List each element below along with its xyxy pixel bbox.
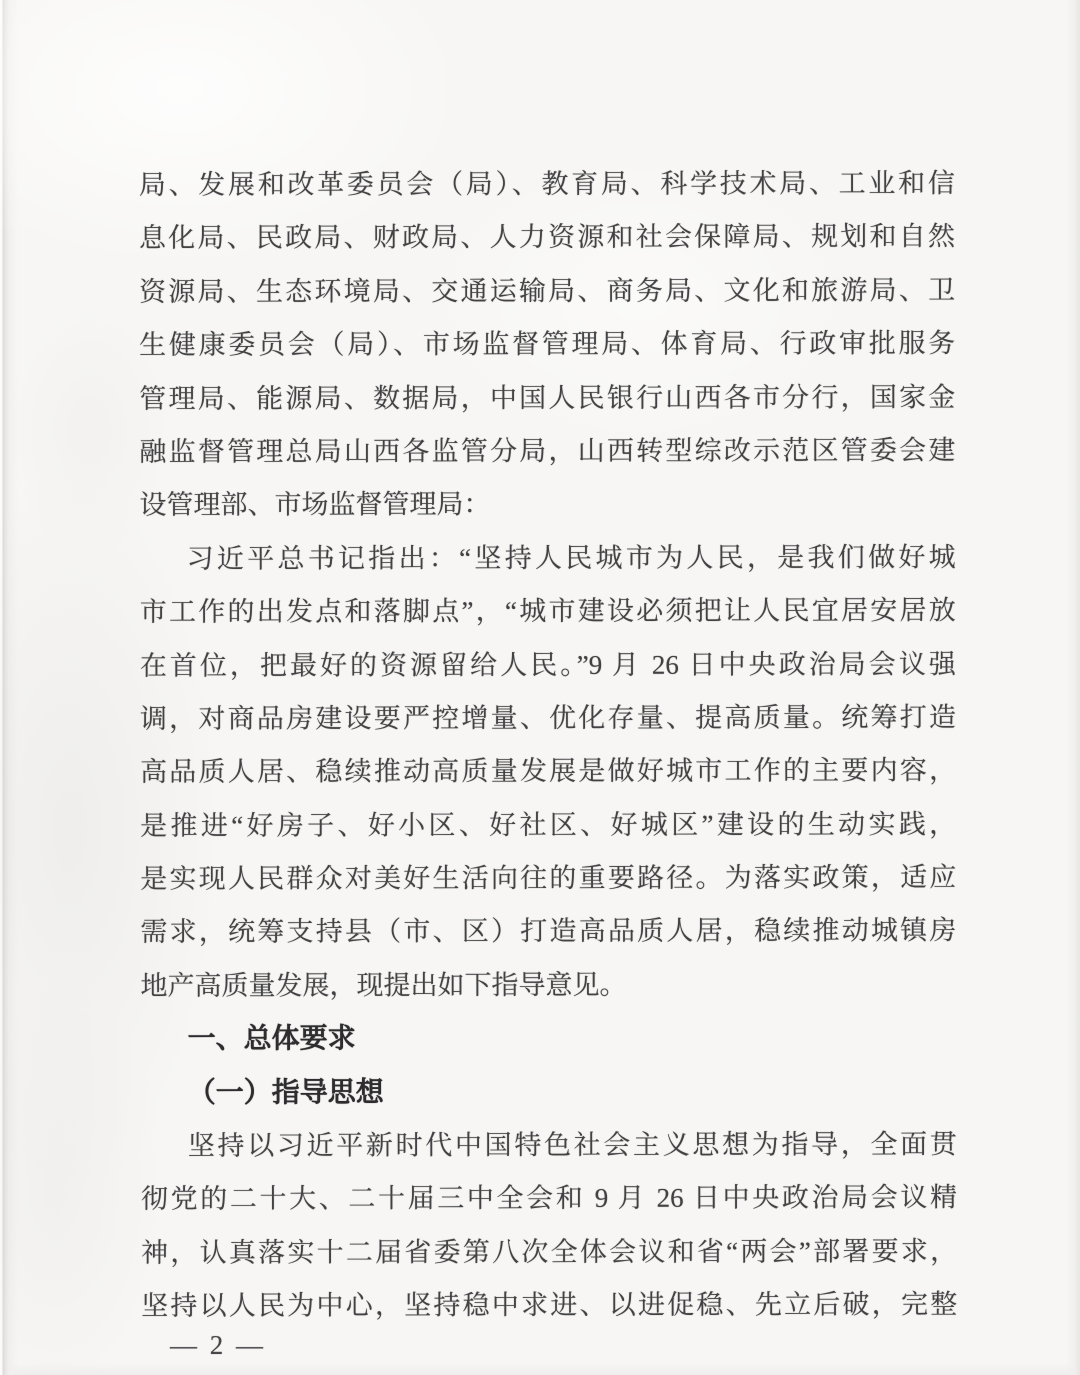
document-line: 是实现人民群众对美好生活向往的重要路径。为落实政策，适应 (140, 851, 956, 906)
document-line: 市工作的出发点和落脚点”，“城市建设必须把让人民宜居安居放 (140, 584, 956, 639)
section-heading: 一、总体要求 (141, 1011, 957, 1066)
subsection-heading: （一）指导思想 (141, 1065, 957, 1120)
document-line: 是推进“好房子、好小区、好社区、好城区”建设的生动实践， (140, 798, 956, 853)
document-line: 生健康委员会（局）、市场监督管理局、体育局、行政审批服务 (139, 317, 955, 372)
document-line: 需求，统筹支持县（市、区）打造高品质人居，稳续推动城镇房 (140, 905, 956, 960)
document-line: 在首位，把最好的资源留给人民。”9 月 26 日中央政治局会议强 (140, 638, 956, 693)
document-line: 习近平总书记指出：“坚持人民城市为人民，是我们做好城 (140, 531, 956, 586)
document-line: 坚持以习近平新时代中国特色社会主义思想为指导，全面贯 (141, 1118, 957, 1173)
document-line: 局、发展和改革委员会（局）、教育局、科学技术局、工业和信 (139, 157, 955, 212)
document-line: 融监督管理总局山西各监管分局，山西转型综改示范区管委会建 (139, 424, 955, 479)
document-line: 设管理部、市场监督管理局： (139, 477, 955, 532)
document-line: 彻党的二十大、二十届三中全会和 9 月 26 日中央政治局会议精 (141, 1172, 957, 1227)
document-line: 神，认真落实十二届省委第八次全体会议和省“两会”部署要求， (141, 1225, 957, 1280)
document-line: 坚持以人民为中心，坚持稳中求进、以进促稳、先立后破，完整 (141, 1278, 957, 1333)
page-number: — 2 — (170, 1330, 263, 1361)
document-line: 调，对商品房建设要严控增量、优化存量、提高质量。统筹打造 (140, 691, 956, 746)
document-line: 管理局、能源局、数据局，中国人民银行山西各市分行，国家金 (139, 371, 955, 426)
document-line: 地产高质量发展，现提出如下指导意见。 (140, 958, 956, 1013)
document-page: 局、发展和改革委员会（局）、教育局、科学技术局、工业和信 息化局、民政局、财政局… (0, 0, 1080, 1375)
document-body: 局、发展和改革委员会（局）、教育局、科学技术局、工业和信 息化局、民政局、财政局… (139, 157, 957, 1333)
document-line: 资源局、生态环境局、交通运输局、商务局、文化和旅游局、卫 (139, 264, 955, 319)
document-line: 息化局、民政局、财政局、人力资源和社会保障局、规划和自然 (139, 211, 955, 266)
document-line: 高品质人居、稳续推动高质量发展是做好城市工作的主要内容， (140, 744, 956, 799)
